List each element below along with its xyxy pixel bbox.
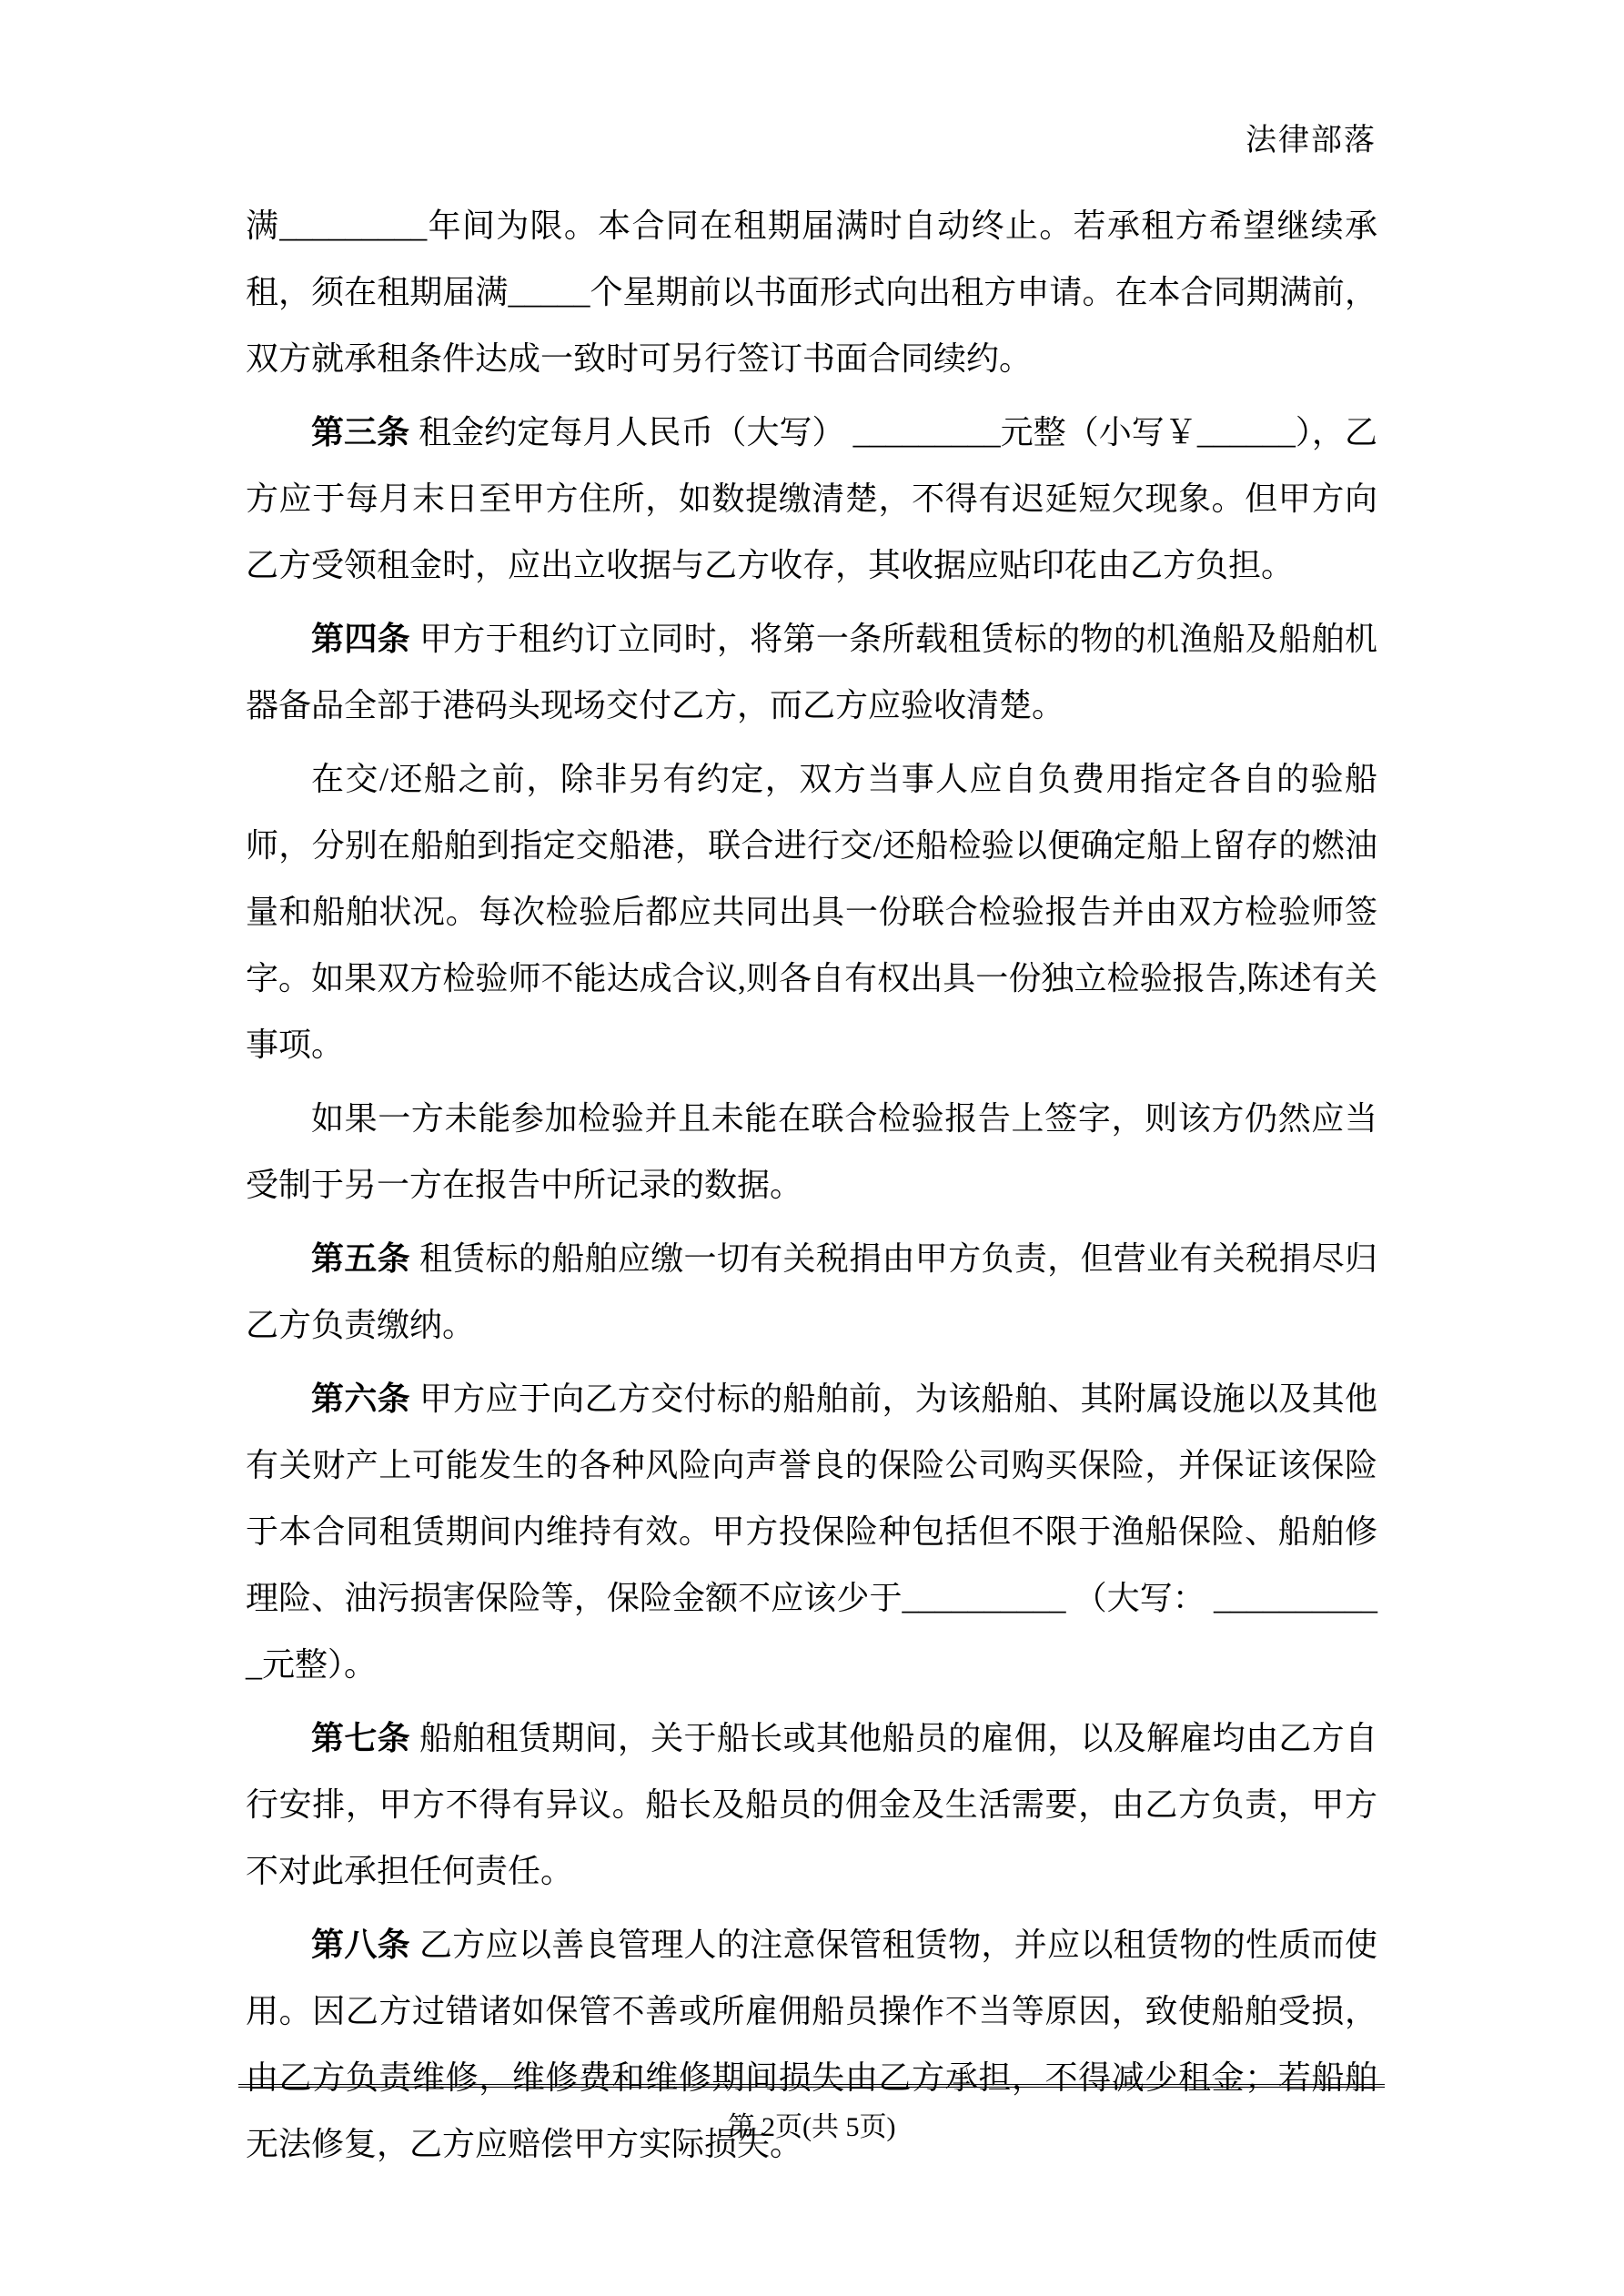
clause-label: 第五条 (311, 1240, 410, 1277)
paragraph-text: 满_________年间为限。本合同在租期届满时自动终止。若承租方希望继续承租，… (246, 207, 1377, 377)
clause-label: 第七条 (311, 1720, 410, 1756)
paragraph-text: 租金约定每月人民币（大写） _________元整（小写￥______），乙方应… (246, 414, 1377, 583)
contract-body: 满_________年间为限。本合同在租期届满时自动终止。若承租方希望继续承租，… (246, 193, 1377, 2185)
paragraph-text: 船舶租赁期间，关于船长或其他船员的雇佣，以及解雇均由乙方自行安排，甲方不得有异议… (246, 1720, 1377, 1889)
clause-label: 第六条 (311, 1381, 410, 1417)
contract-paragraph: 满_________年间为限。本合同在租期届满时自动终止。若承租方希望继续承租，… (246, 193, 1377, 392)
contract-paragraph: 第七条船舶租赁期间，关于船长或其他船员的雇佣，以及解雇均由乙方自行安排，甲方不得… (246, 1705, 1377, 1905)
paragraph-text: 如果一方未能参加检验并且未能在联合检验报告上签字，则该方仍然应当受制于另一方在报… (246, 1100, 1377, 1203)
page-number: 第 2页(共 5页) (246, 2104, 1377, 2144)
paragraph-text: 租赁标的船舶应缴一切有关税捐由甲方负责，但营业有关税捐尽归乙方负责缴纳。 (246, 1240, 1377, 1343)
clause-label: 第四条 (311, 621, 410, 657)
paragraph-text: 甲方应于向乙方交付标的船舶前，为该船舶、其附属设施以及其他有关财产上可能发生的各… (246, 1381, 1377, 1683)
contract-document-page: 法律部落 满_________年间为限。本合同在租期届满时自动终止。若承租方希望… (0, 0, 1624, 2296)
header-brand: 法律部落 (1246, 115, 1377, 159)
paragraph-text: 在交/还船之前，除非另有约定，双方当事人应自负费用指定各自的验船师，分别在船舶到… (246, 761, 1377, 1063)
contract-paragraph: 第四条甲方于租约订立同时，将第一条所载租赁标的物的机渔船及船舶机器备品全部于港码… (246, 606, 1377, 739)
contract-paragraph: 如果一方未能参加检验并且未能在联合检验报告上签字，则该方仍然应当受制于另一方在报… (246, 1086, 1377, 1219)
contract-paragraph: 第六条甲方应于向乙方交付标的船舶前，为该船舶、其附属设施以及其他有关财产上可能发… (246, 1366, 1377, 1698)
footer-divider (238, 2084, 1385, 2088)
clause-label: 第八条 (311, 1927, 410, 1963)
contract-paragraph: 第五条租赁标的船舶应缴一切有关税捐由甲方负责，但营业有关税捐尽归乙方负责缴纳。 (246, 1226, 1377, 1359)
contract-paragraph: 第三条租金约定每月人民币（大写） _________元整（小写￥______），… (246, 400, 1377, 599)
contract-paragraph: 在交/还船之前，除非另有约定，双方当事人应自负费用指定各自的验船师，分别在船舶到… (246, 746, 1377, 1078)
paragraph-text: 甲方于租约订立同时，将第一条所载租赁标的物的机渔船及船舶机器备品全部于港码头现场… (246, 621, 1377, 723)
clause-label: 第三条 (311, 414, 409, 450)
